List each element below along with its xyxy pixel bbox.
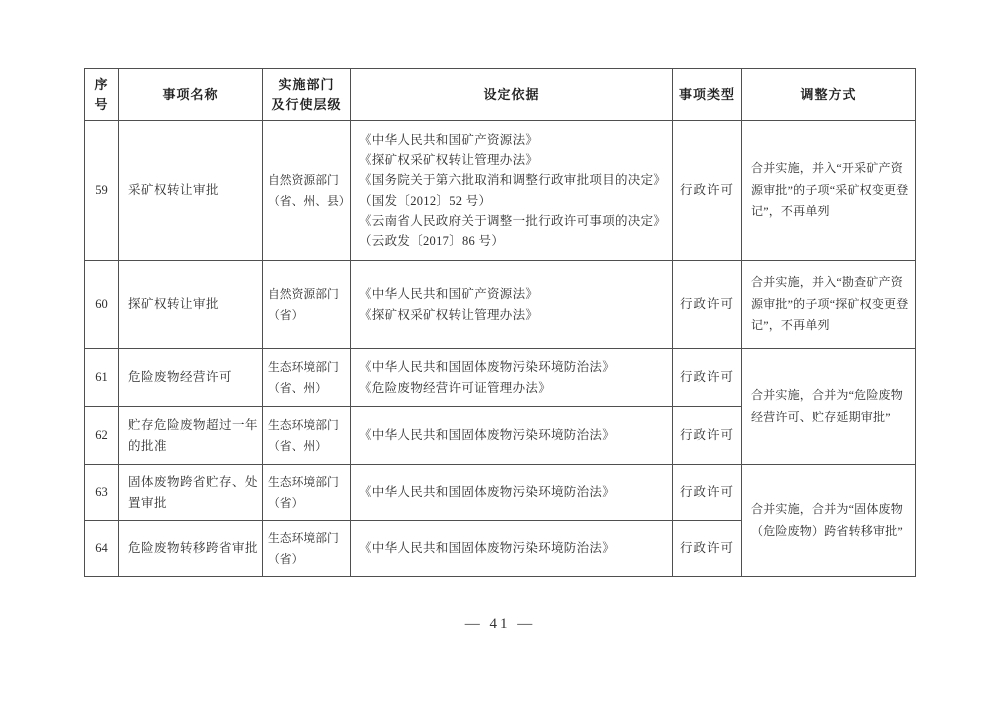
basis-cell: 《中华人民共和国矿产资源法》 《探矿权采矿权转让管理办法》 《国务院关于第六批取… [351, 121, 673, 261]
item-name-cell: 采矿权转让审批 [119, 121, 263, 261]
approval-items-table: 序 号 事项名称 实施部门 及行使层级 设定依据 事项类型 调整方式 59 采矿… [84, 68, 916, 577]
type-cell: 行政许可 [673, 521, 742, 577]
header-seq: 序 号 [85, 69, 119, 121]
document-page: 序 号 事项名称 实施部门 及行使层级 设定依据 事项类型 调整方式 59 采矿… [0, 0, 1000, 707]
type-cell: 行政许可 [673, 465, 742, 521]
table-header-row: 序 号 事项名称 实施部门 及行使层级 设定依据 事项类型 调整方式 [85, 69, 916, 121]
type-cell: 行政许可 [673, 407, 742, 465]
item-name-cell: 危险废物转移跨省审批 [119, 521, 263, 577]
seq-cell: 63 [85, 465, 119, 521]
basis-cell: 《中华人民共和国矿产资源法》 《探矿权采矿权转让管理办法》 [351, 261, 673, 349]
item-name-cell: 固体废物跨省贮存、处 置审批 [119, 465, 263, 521]
basis-cell: 《中华人民共和国固体废物污染环境防治法》 [351, 407, 673, 465]
seq-cell: 61 [85, 349, 119, 407]
seq-cell: 62 [85, 407, 119, 465]
header-type: 事项类型 [673, 69, 742, 121]
adjust-cell: 合并实施，并入“勘查矿产资源审批”的子项“探矿权变更登记”，不再单列 [742, 261, 916, 349]
item-name-cell: 危险废物经营许可 [119, 349, 263, 407]
type-cell: 行政许可 [673, 261, 742, 349]
type-cell: 行政许可 [673, 121, 742, 261]
table-row: 60 探矿权转让审批 自然资源部门 （省） 《中华人民共和国矿产资源法》 《探矿… [85, 261, 916, 349]
adjust-cell-merged: 合并实施，合并为“危险废物经营许可、贮存延期审批” [742, 349, 916, 465]
table-row: 59 采矿权转让审批 自然资源部门 （省、州、县） 《中华人民共和国矿产资源法》… [85, 121, 916, 261]
header-name: 事项名称 [119, 69, 263, 121]
seq-cell: 60 [85, 261, 119, 349]
header-adjust: 调整方式 [742, 69, 916, 121]
page-number: — 41 — [0, 616, 1000, 633]
item-name-cell: 探矿权转让审批 [119, 261, 263, 349]
dept-cell: 自然资源部门 （省、州、县） [263, 121, 351, 261]
table-row: 63 固体废物跨省贮存、处 置审批 生态环境部门 （省） 《中华人民共和国固体废… [85, 465, 916, 521]
dept-cell: 自然资源部门 （省） [263, 261, 351, 349]
dept-cell: 生态环境部门 （省） [263, 465, 351, 521]
basis-cell: 《中华人民共和国固体废物污染环境防治法》 [351, 521, 673, 577]
seq-cell: 64 [85, 521, 119, 577]
dept-cell: 生态环境部门 （省） [263, 521, 351, 577]
seq-cell: 59 [85, 121, 119, 261]
dept-cell: 生态环境部门 （省、州） [263, 349, 351, 407]
item-name-cell: 贮存危险废物超过一年 的批准 [119, 407, 263, 465]
header-dept: 实施部门 及行使层级 [263, 69, 351, 121]
adjust-cell: 合并实施，并入“开采矿产资源审批”的子项“采矿权变更登记”，不再单列 [742, 121, 916, 261]
adjust-cell-merged: 合并实施，合并为“固体废物（危险废物）跨省转移审批” [742, 465, 916, 577]
type-cell: 行政许可 [673, 349, 742, 407]
header-basis: 设定依据 [351, 69, 673, 121]
basis-cell: 《中华人民共和国固体废物污染环境防治法》 《危险废物经营许可证管理办法》 [351, 349, 673, 407]
table-row: 61 危险废物经营许可 生态环境部门 （省、州） 《中华人民共和国固体废物污染环… [85, 349, 916, 407]
basis-cell: 《中华人民共和国固体废物污染环境防治法》 [351, 465, 673, 521]
dept-cell: 生态环境部门 （省、州） [263, 407, 351, 465]
